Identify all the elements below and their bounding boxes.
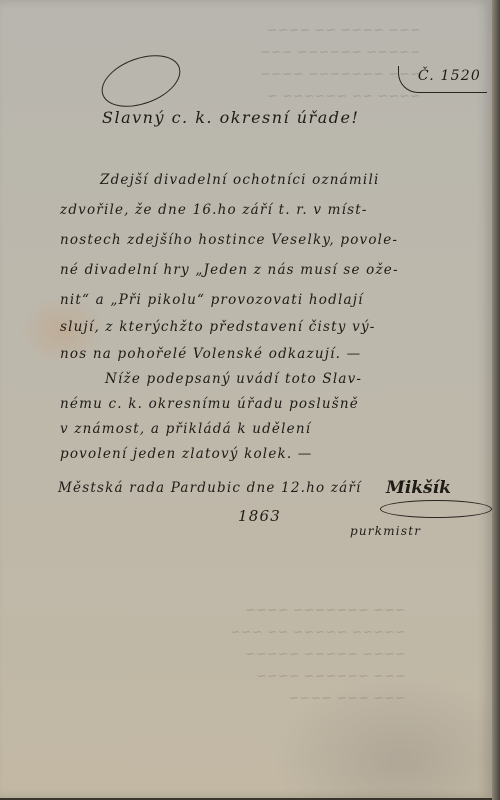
closing-place-date: Městská rada Pardubic dne 12.ho září — [58, 480, 362, 496]
body-line: povolení jeden zlatový kolek. — — [60, 446, 313, 462]
salutation-flourish — [95, 45, 188, 116]
body-line: Níže podepsaný uvádí toto Slav- — [105, 371, 362, 387]
body-line: Zdejší divadelní ochotníci oznámili — [100, 172, 379, 188]
page-edge — [492, 0, 500, 800]
closing-year: 1863 — [238, 507, 281, 525]
bleed-through-text: ~~~ ~~~~~~~ ~~~~ ~~~~~ ~~~~~ ~~ ~~~ ~~~~… — [230, 600, 406, 710]
body-line: nému c. k. okresnímu úřadu poslušně — [60, 396, 359, 412]
letter-page: ~~~ ~~~~ ~~ ~~~~ ~~~~~ ~~~~~~ ~~~ ~~~ ~~… — [0, 0, 492, 798]
body-line: nit“ a „Při pikolu“ provozovati hodlají — [60, 292, 364, 308]
signatory-title: purkmistr — [350, 524, 421, 538]
bleed-through-text: ~~~ ~~~~ ~~ ~~~~ ~~~~~ ~~~~~~ ~~~ ~~~ ~~… — [260, 20, 421, 108]
salutation: Slavný c. k. okresní úřade! — [102, 108, 359, 127]
body-line: zdvořile, že dne 16.ho září t. r. v míst… — [60, 202, 368, 218]
signature: Mikšík — [386, 478, 451, 498]
body-line: né divadelní hry „Jeden z nás musí se ož… — [60, 262, 399, 278]
reference-number: Č. 1520 — [398, 66, 487, 93]
body-line: nostech zdejšího hostince Veselky, povol… — [60, 232, 398, 248]
body-line: nos na pohořelé Volenské odkazují. — — [60, 346, 361, 362]
signature-flourish — [380, 500, 492, 518]
body-line: v známost, a přikládá k udělení — [60, 421, 311, 437]
body-line: slují, z kterýchžto představení čisty vý… — [60, 319, 376, 335]
